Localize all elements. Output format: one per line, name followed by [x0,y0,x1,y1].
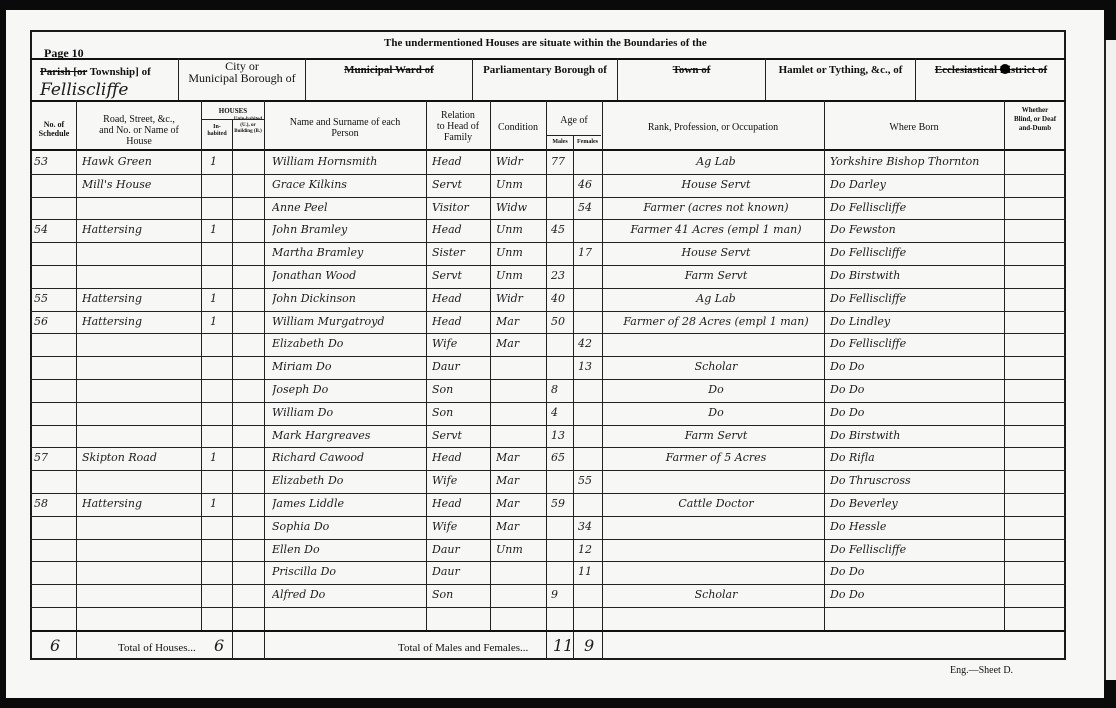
female-age-cell: 42 [578,334,600,354]
inhabited-cell [210,266,230,286]
occupation-cell [610,334,822,354]
col-condition: Condition [491,122,545,133]
birthplace-cell [830,608,1002,628]
schedule-cell: 56 [34,312,74,332]
col-relation-line1: Relation [427,110,489,121]
occupation-cell: Scholar [610,357,822,377]
schedule-cell [34,266,74,286]
birthplace-cell: Do Thruscross [830,471,1002,491]
birthplace-cell: Do Felliscliffe [830,243,1002,263]
relation-cell: Visitor [432,198,488,218]
birthplace-cell: Do Do [830,357,1002,377]
occupation-cell: Do [610,380,822,400]
occupation-cell: Do [610,403,822,423]
divider [547,135,601,136]
male-age-cell [551,471,571,491]
condition-cell [496,585,544,605]
city-label: City or Municipal Borough of [180,60,304,84]
male-age-cell: 40 [551,289,571,309]
occupation-cell: Ag Lab [610,152,822,172]
birthplace-cell: Do Felliscliffe [830,334,1002,354]
divider [305,58,306,100]
condition-cell: Widr [496,289,544,309]
total-males-value: 11 [553,636,573,655]
name-cell: Grace Kilkins [272,175,424,195]
col-relation-line2: to Head of [427,121,489,132]
road-cell [82,198,198,218]
municipal-ward-label: Municipal Ward of [307,64,471,76]
female-age-cell [578,403,600,423]
footer-houses-tally: 6 [50,636,60,655]
condition-cell [496,403,544,423]
female-age-cell [578,426,600,446]
inhabited-cell: 1 [210,312,230,332]
road-cell [82,266,198,286]
road-cell: Mill's House [82,175,198,195]
col-females: Females [574,139,601,146]
schedule-cell [34,540,74,560]
road-cell [82,403,198,423]
schedule-cell: 55 [34,289,74,309]
boundaries-banner: The undermentioned Houses are situate wi… [384,37,707,49]
schedule-cell [34,380,74,400]
male-age-cell: 13 [551,426,571,446]
relation-cell: Son [432,380,488,400]
condition-cell: Mar [496,471,544,491]
town-label: Town of [619,64,764,76]
relation-cell: Wife [432,517,488,537]
male-age-cell: 8 [551,380,571,400]
col-line [490,100,491,630]
schedule-cell: 58 [34,494,74,514]
total-houses-value: 6 [214,636,224,655]
col-inhabited: In- habited [202,124,232,138]
schedule-cell [34,471,74,491]
female-age-cell: 12 [578,540,600,560]
col-road: Road, Street, &c., and No. or Name of Ho… [78,114,200,147]
condition-cell: Mar [496,494,544,514]
col-line [1004,100,1005,630]
occupation-cell: Farmer 41 Acres (empl 1 man) [610,220,822,240]
occupation-cell: Farm Servt [610,426,822,446]
birthplace-cell: Do Felliscliffe [830,198,1002,218]
female-age-cell [578,380,600,400]
parish-label-struck: Parish [or [40,66,87,78]
name-cell [272,608,424,628]
ink-blot [1000,64,1010,74]
occupation-cell: Farm Servt [610,266,822,286]
col-road-line1: Road, Street, &c., [78,114,200,125]
road-cell [82,357,198,377]
relation-cell: Servt [432,266,488,286]
divider [915,58,916,100]
female-age-cell [578,266,600,286]
relation-cell: Wife [432,471,488,491]
sheet-reference: Eng.—Sheet D. [950,665,1013,676]
male-age-cell: 4 [551,403,571,423]
relation-cell: Daur [432,562,488,582]
road-cell: Hattersing [82,494,198,514]
name-cell: Mark Hargreaves [272,426,424,446]
name-cell: Elizabeth Do [272,471,424,491]
condition-cell: Unm [496,175,544,195]
col-inhabited-line1: In- [202,124,232,131]
male-age-cell [551,175,571,195]
inhabited-cell: 1 [210,152,230,172]
female-age-cell: 46 [578,175,600,195]
col-road-line2: and No. or Name of [78,125,200,136]
inhabited-cell [210,585,230,605]
inhabited-cell [210,175,230,195]
relation-cell: Servt [432,426,488,446]
name-cell: Sophia Do [272,517,424,537]
male-age-cell [551,608,571,628]
road-cell [82,426,198,446]
divider [30,630,1066,632]
name-cell: William Murgatroyd [272,312,424,332]
female-age-cell [578,312,600,332]
occupation-cell: Ag Lab [610,289,822,309]
schedule-cell [34,585,74,605]
condition-cell: Mar [496,517,544,537]
condition-cell [496,562,544,582]
occupation-cell [610,608,822,628]
parish-label-rest: Township] of [90,66,151,78]
male-age-cell [551,334,571,354]
inhabited-cell [210,608,230,628]
name-cell: Richard Cawood [272,448,424,468]
relation-cell: Head [432,494,488,514]
schedule-cell: 54 [34,220,74,240]
schedule-cell [34,517,74,537]
col-inhabited-line2: habited [202,131,232,138]
female-age-cell: 54 [578,198,600,218]
inhabited-cell [210,403,230,423]
col-blind-line2: Blind, or Deaf [1005,115,1065,124]
occupation-cell: Farmer (acres not known) [610,198,822,218]
road-cell [82,334,198,354]
birthplace-cell: Do Fewston [830,220,1002,240]
col-line [264,100,265,660]
relation-cell: Daur [432,540,488,560]
col-relation: Relation to Head of Family [427,110,489,143]
male-age-cell: 45 [551,220,571,240]
divider [30,149,1066,151]
parish-value: Felliscliffe [40,80,128,100]
inhabited-cell [210,243,230,263]
female-age-cell: 17 [578,243,600,263]
road-cell [82,380,198,400]
name-cell: William Hornsmith [272,152,424,172]
relation-cell: Wife [432,334,488,354]
birthplace-cell: Do Lindley [830,312,1002,332]
divider [472,58,473,100]
relation-cell: Son [432,403,488,423]
occupation-cell [610,517,822,537]
male-age-cell [551,243,571,263]
condition-cell [496,426,544,446]
road-cell [82,471,198,491]
birthplace-cell: Do Darley [830,175,1002,195]
col-schedule: No. of Schedule [32,120,76,138]
name-cell: Ellen Do [272,540,424,560]
relation-cell: Daur [432,357,488,377]
female-age-cell [578,152,600,172]
col-line [573,135,574,660]
condition-cell: Widw [496,198,544,218]
male-age-cell: 77 [551,152,571,172]
hamlet-label: Hamlet or Tything, &c., of [767,64,914,76]
condition-cell: Mar [496,334,544,354]
inhabited-cell [210,198,230,218]
total-houses-label: Total of Houses... [118,642,196,654]
road-cell: Hattersing [82,312,198,332]
relation-cell: Head [432,289,488,309]
col-name: Name and Surname of each Person [265,117,425,139]
relation-cell: Head [432,312,488,332]
divider [178,58,179,100]
male-age-cell: 23 [551,266,571,286]
occupation-cell [610,471,822,491]
occupation-cell [610,562,822,582]
divider [617,58,618,100]
birthplace-cell: Do Do [830,403,1002,423]
schedule-cell [34,243,74,263]
schedule-cell [34,357,74,377]
condition-cell: Unm [496,220,544,240]
name-cell: John Bramley [272,220,424,240]
occupation-cell [610,540,822,560]
total-females-value: 9 [584,636,594,655]
occupation-cell: Farmer of 28 Acres (empl 1 man) [610,312,822,332]
col-line [201,100,202,630]
schedule-cell [34,426,74,446]
schedule-cell [34,403,74,423]
relation-cell: Head [432,152,488,172]
road-cell [82,562,198,582]
col-line [232,119,233,660]
birthplace-cell: Do Rifla [830,448,1002,468]
birthplace-cell: Do Do [830,562,1002,582]
inhabited-cell [210,426,230,446]
road-cell [82,608,198,628]
condition-cell [496,357,544,377]
col-line [824,100,825,630]
col-blind-deaf: Whether Blind, or Deaf and-Dumb [1005,106,1065,133]
male-age-cell [551,562,571,582]
name-cell: James Liddle [272,494,424,514]
birthplace-cell: Do Felliscliffe [830,540,1002,560]
birthplace-cell: Do Do [830,585,1002,605]
schedule-cell: 53 [34,152,74,172]
parish-label: Parish [or Township] of [40,66,176,78]
col-males: Males [547,139,573,146]
birthplace-cell: Do Hessle [830,517,1002,537]
road-cell: Hawk Green [82,152,198,172]
birthplace-cell: Do Birstwith [830,426,1002,446]
male-age-cell [551,357,571,377]
inhabited-cell: 1 [210,220,230,240]
schedule-cell [34,608,74,628]
road-cell: Skipton Road [82,448,198,468]
col-age: Age of [547,115,601,126]
male-age-cell: 59 [551,494,571,514]
road-cell: Hattersing [82,220,198,240]
female-age-cell [578,494,600,514]
inhabited-cell: 1 [210,289,230,309]
ecclesiastical-district-label: Ecclesiastical District of [917,64,1065,76]
adjacent-page-edge [1104,40,1116,680]
birthplace-cell: Do Do [830,380,1002,400]
occupation-cell: Cattle Doctor [610,494,822,514]
schedule-cell [34,334,74,354]
divider [765,58,766,100]
inhabited-cell [210,471,230,491]
condition-cell: Widr [496,152,544,172]
condition-cell: Unm [496,243,544,263]
inhabited-cell [210,540,230,560]
birthplace-cell: Do Birstwith [830,266,1002,286]
col-blind-line1: Whether [1005,106,1065,115]
female-age-cell [578,585,600,605]
city-label-line2: Municipal Borough of [180,72,304,84]
name-cell: Joseph Do [272,380,424,400]
col-name-line2: Person [265,128,425,139]
male-age-cell: 9 [551,585,571,605]
schedule-cell [34,198,74,218]
divider [30,100,1066,102]
road-cell [82,585,198,605]
male-age-cell: 50 [551,312,571,332]
female-age-cell [578,289,600,309]
schedule-cell [34,175,74,195]
name-cell: Miriam Do [272,357,424,377]
name-cell: Martha Bramley [272,243,424,263]
condition-cell [496,380,544,400]
col-blind-line3: and-Dumb [1005,124,1065,133]
col-line [602,100,603,660]
condition-cell [496,608,544,628]
relation-cell: Son [432,585,488,605]
schedule-cell [34,562,74,582]
total-persons-label: Total of Males and Females... [398,642,528,654]
relation-cell: Head [432,448,488,468]
col-where-born: Where Born [825,122,1003,133]
birthplace-cell: Do Felliscliffe [830,289,1002,309]
road-cell [82,243,198,263]
inhabited-cell: 1 [210,494,230,514]
condition-cell: Unm [496,540,544,560]
name-cell: Elizabeth Do [272,334,424,354]
name-cell: Alfred Do [272,585,424,605]
inhabited-cell [210,357,230,377]
col-line [76,100,77,660]
road-cell: Hattersing [82,289,198,309]
female-age-cell: 55 [578,471,600,491]
inhabited-cell [210,334,230,354]
occupation-cell: Farmer of 5 Acres [610,448,822,468]
name-cell: Anne Peel [272,198,424,218]
col-occupation: Rank, Profession, or Occupation [603,122,823,133]
parliamentary-borough-label: Parliamentary Borough of [474,64,616,76]
divider [202,119,264,120]
female-age-cell: 11 [578,562,600,582]
inhabited-cell: 1 [210,448,230,468]
occupation-cell: House Servt [610,175,822,195]
occupation-cell: House Servt [610,243,822,263]
inhabited-cell [210,380,230,400]
name-cell: John Dickinson [272,289,424,309]
col-houses: HOUSES [202,108,264,115]
male-age-cell [551,198,571,218]
inhabited-cell [210,562,230,582]
female-age-cell: 34 [578,517,600,537]
condition-cell: Unm [496,266,544,286]
female-age-cell: 13 [578,357,600,377]
male-age-cell [551,517,571,537]
name-cell: Jonathan Wood [272,266,424,286]
condition-cell: Mar [496,312,544,332]
birthplace-cell: Do Beverley [830,494,1002,514]
name-cell: William Do [272,403,424,423]
female-age-cell [578,608,600,628]
occupation-cell: Scholar [610,585,822,605]
relation-cell: Servt [432,175,488,195]
relation-cell [432,608,488,628]
road-cell [82,540,198,560]
road-cell [82,517,198,537]
female-age-cell [578,220,600,240]
col-name-line1: Name and Surname of each [265,117,425,128]
female-age-cell [578,448,600,468]
schedule-cell: 57 [34,448,74,468]
col-schedule-line2: Schedule [32,129,76,138]
male-age-cell [551,540,571,560]
col-relation-line3: Family [427,132,489,143]
birthplace-cell: Yorkshire Bishop Thornton [830,152,1002,172]
col-line [546,100,547,660]
col-schedule-line1: No. of [32,120,76,129]
col-road-line3: House [78,136,200,147]
male-age-cell: 65 [551,448,571,468]
condition-cell: Mar [496,448,544,468]
relation-cell: Head [432,220,488,240]
inhabited-cell [210,517,230,537]
col-line [426,100,427,630]
relation-cell: Sister [432,243,488,263]
name-cell: Priscilla Do [272,562,424,582]
